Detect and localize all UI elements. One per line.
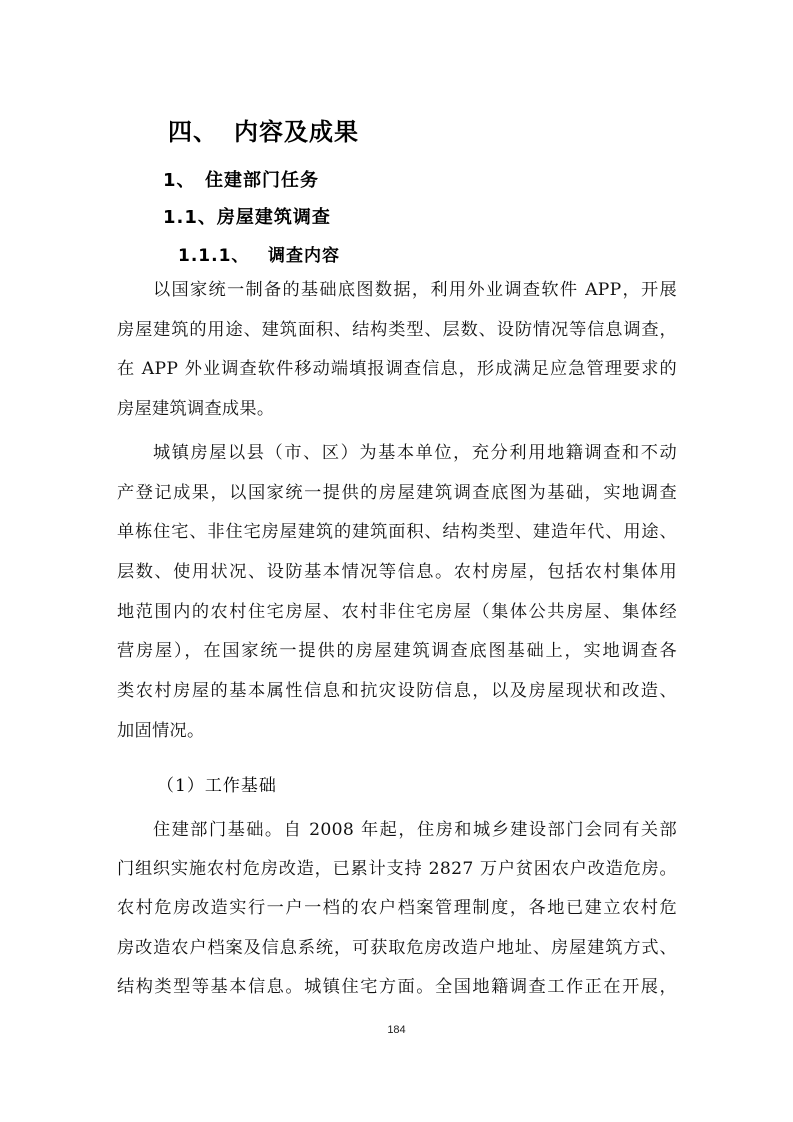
paragraph-line: 地范围内的农村住宅房屋、农村非住宅房屋（集体公共房屋、集体经	[117, 600, 677, 624]
work-foundation-subheading: （1）工作基础	[157, 774, 277, 798]
paragraph-line: 房屋建筑调查成果。	[117, 397, 274, 421]
chapter-heading: 四、内容及成果	[168, 112, 359, 147]
paragraph-line: 门组织实施农村危房改造，已累计支持 2827 万户贫困农户改造危房。	[117, 857, 677, 881]
paragraph-line: 层数、使用状况、设防基本情况等信息。农村房屋，包括农村集体用	[117, 560, 677, 584]
section-number: 1、	[163, 166, 205, 192]
paragraph-line: 结构类型等基本信息。城镇住宅方面。全国地籍调查工作正在开展，	[117, 975, 677, 999]
paragraph-line: 住建部门基础。自 2008 年起，住房和城乡建设部门会同有关部	[153, 818, 677, 842]
subsubsection-title: 调查内容	[268, 246, 340, 266]
paragraph-line: 房屋建筑的用途、建筑面积、结构类型、层数、设防情况等信息调查，	[117, 318, 677, 342]
subsubsection-heading: 1.1.1、调查内容	[178, 241, 340, 266]
paragraph-line: 农村危房改造实行一户一档的农户档案管理制度，各地已建立农村危	[117, 896, 677, 920]
chapter-title: 内容及成果	[234, 118, 359, 146]
paragraph-line: 在 APP 外业调查软件移动端填报调查信息，形成满足应急管理要求的	[117, 357, 677, 381]
paragraph-line: 城镇房屋以县（市、区）为基本单位，充分利用地籍调查和不动	[153, 441, 677, 465]
paragraph-line: 房改造农户档案及信息系统，可获取危房改造户地址、房屋建筑方式、	[117, 936, 677, 960]
paragraph-line: 加固情况。	[117, 719, 204, 743]
paragraph-line: 产登记成果，以国家统一提供的房屋建筑调查底图为基础，实地调查	[117, 481, 677, 505]
document-page: 四、内容及成果 1、住建部门任务 1.1、房屋建筑调查 1.1.1、调查内容 以…	[0, 0, 793, 1122]
paragraph-line: 营房屋），在国家统一提供的房屋建筑调查底图基础上，实地调查各	[117, 639, 677, 663]
paragraph-line: 单栋住宅、非住宅房屋建筑的建筑面积、结构类型、建造年代、用途、	[117, 520, 677, 544]
page-number: 184	[0, 1024, 793, 1036]
paragraph-line: 类农村房屋的基本属性信息和抗灾设防信息，以及房屋现状和改造、	[117, 679, 677, 703]
subsection-heading: 1.1、房屋建筑调查	[163, 203, 331, 229]
section-heading: 1、住建部门任务	[163, 166, 319, 192]
subsubsection-number: 1.1.1、	[178, 241, 268, 266]
section-title: 住建部门任务	[205, 170, 319, 191]
paragraph-line: 以国家统一制备的基础底图数据，利用外业调查软件 APP，开展	[153, 278, 677, 302]
chapter-number: 四、	[168, 112, 234, 147]
